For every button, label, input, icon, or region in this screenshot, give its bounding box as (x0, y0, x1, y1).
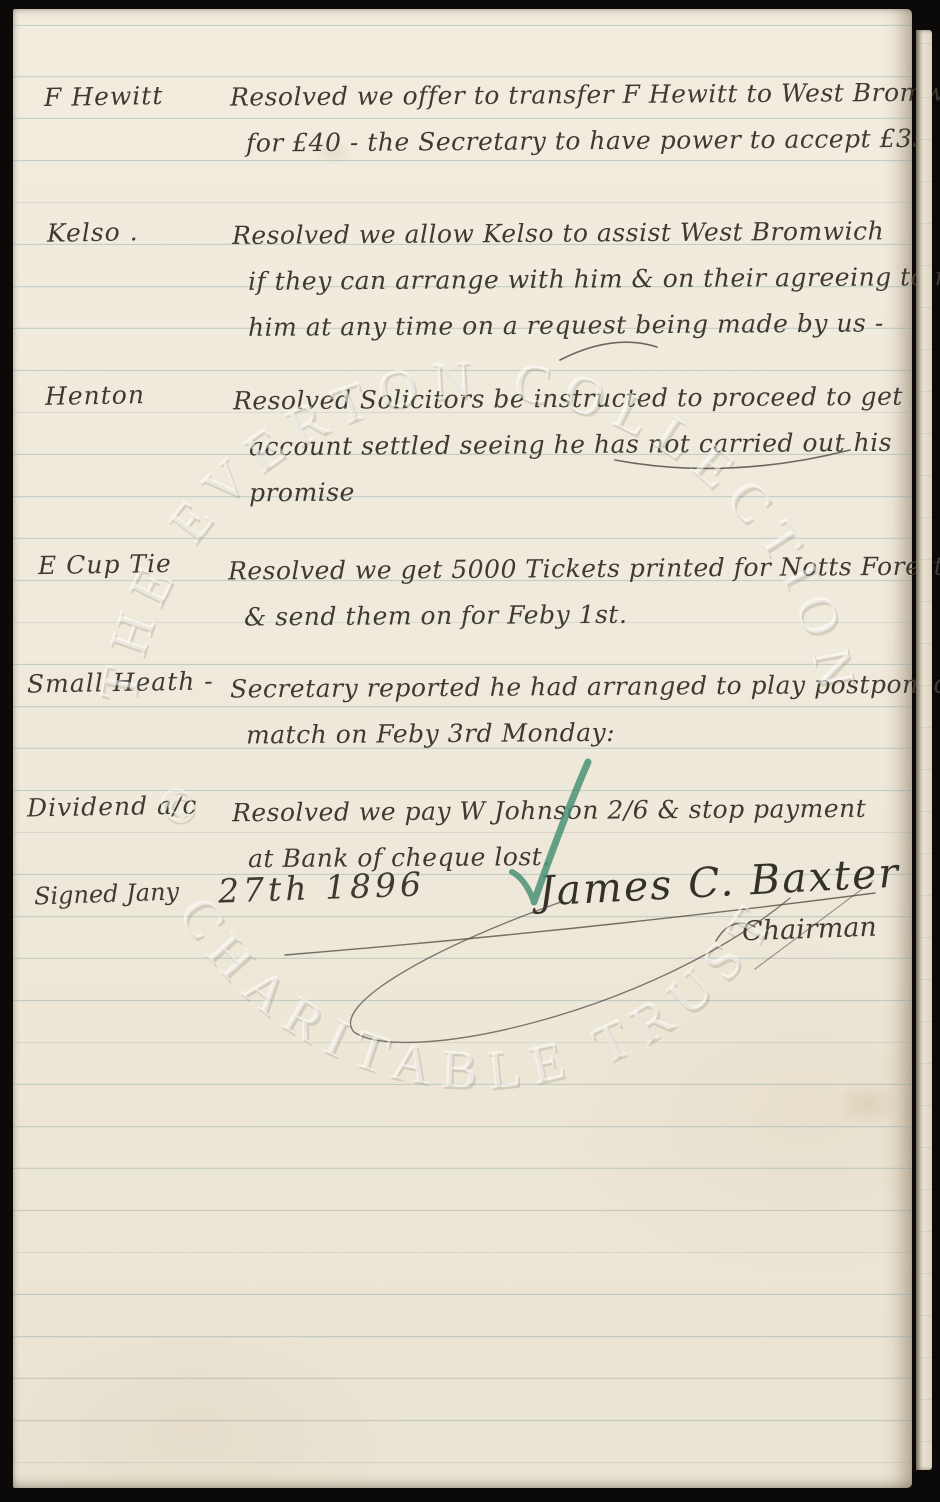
entry-line: him at any time on a request being made … (248, 299, 940, 351)
entry-line: & send them on for Feby 1st. (244, 590, 940, 641)
entry-line: Resolved we pay W Johnson 2/6 & stop pay… (232, 786, 867, 836)
entry-text-henton: Resolved Solicitors be instructed to pro… (233, 376, 903, 514)
entry-line: for £40 - the Secretary to have power to… (246, 115, 940, 166)
entry-label-small-heath: Small Heath - (27, 666, 214, 698)
entry-label-dividend: Dividend a/c (27, 791, 198, 823)
entry-line: Secretary reported he had arranged to pl… (230, 661, 940, 712)
entry-text-cup-tie: Resolved we get 5000 Tickets printed for… (228, 546, 940, 638)
entry-line: match on Feby 3rd Monday: (246, 708, 940, 759)
next-page-edge (916, 30, 932, 1470)
entry-line: Resolved we get 5000 Tickets printed for… (228, 543, 940, 594)
entry-label-henton: Henton (45, 380, 145, 411)
entry-line: if they can arrange with him & on their … (248, 253, 940, 305)
entry-line: promise (249, 466, 903, 517)
signed-date: 27th 1896 (217, 864, 425, 910)
entry-line: Resolved we allow Kelso to assist West B… (232, 207, 940, 259)
entry-text-kelso: Resolved we allow Kelso to assist West B… (232, 210, 940, 348)
entry-label-hewitt: F Hewitt (44, 81, 164, 112)
signed-prefix: Signed Jany (34, 877, 180, 910)
entry-line: Resolved we offer to transfer F Hewitt t… (230, 69, 940, 120)
next-page-ruled-lines (916, 30, 932, 1470)
entry-text-small-heath: Secretary reported he had arranged to pl… (230, 664, 940, 756)
entry-text-hewitt: Resolved we offer to transfer F Hewitt t… (230, 72, 940, 164)
entry-label-kelso: Kelso . (47, 217, 139, 248)
entry-label-cup-tie: E Cup Tie (38, 549, 172, 580)
signature-title: Chairman (742, 912, 878, 948)
entry-line: Resolved Solicitors be instructed to pro… (233, 374, 903, 425)
entry-line: account settled seeing he has not carrie… (249, 420, 903, 471)
